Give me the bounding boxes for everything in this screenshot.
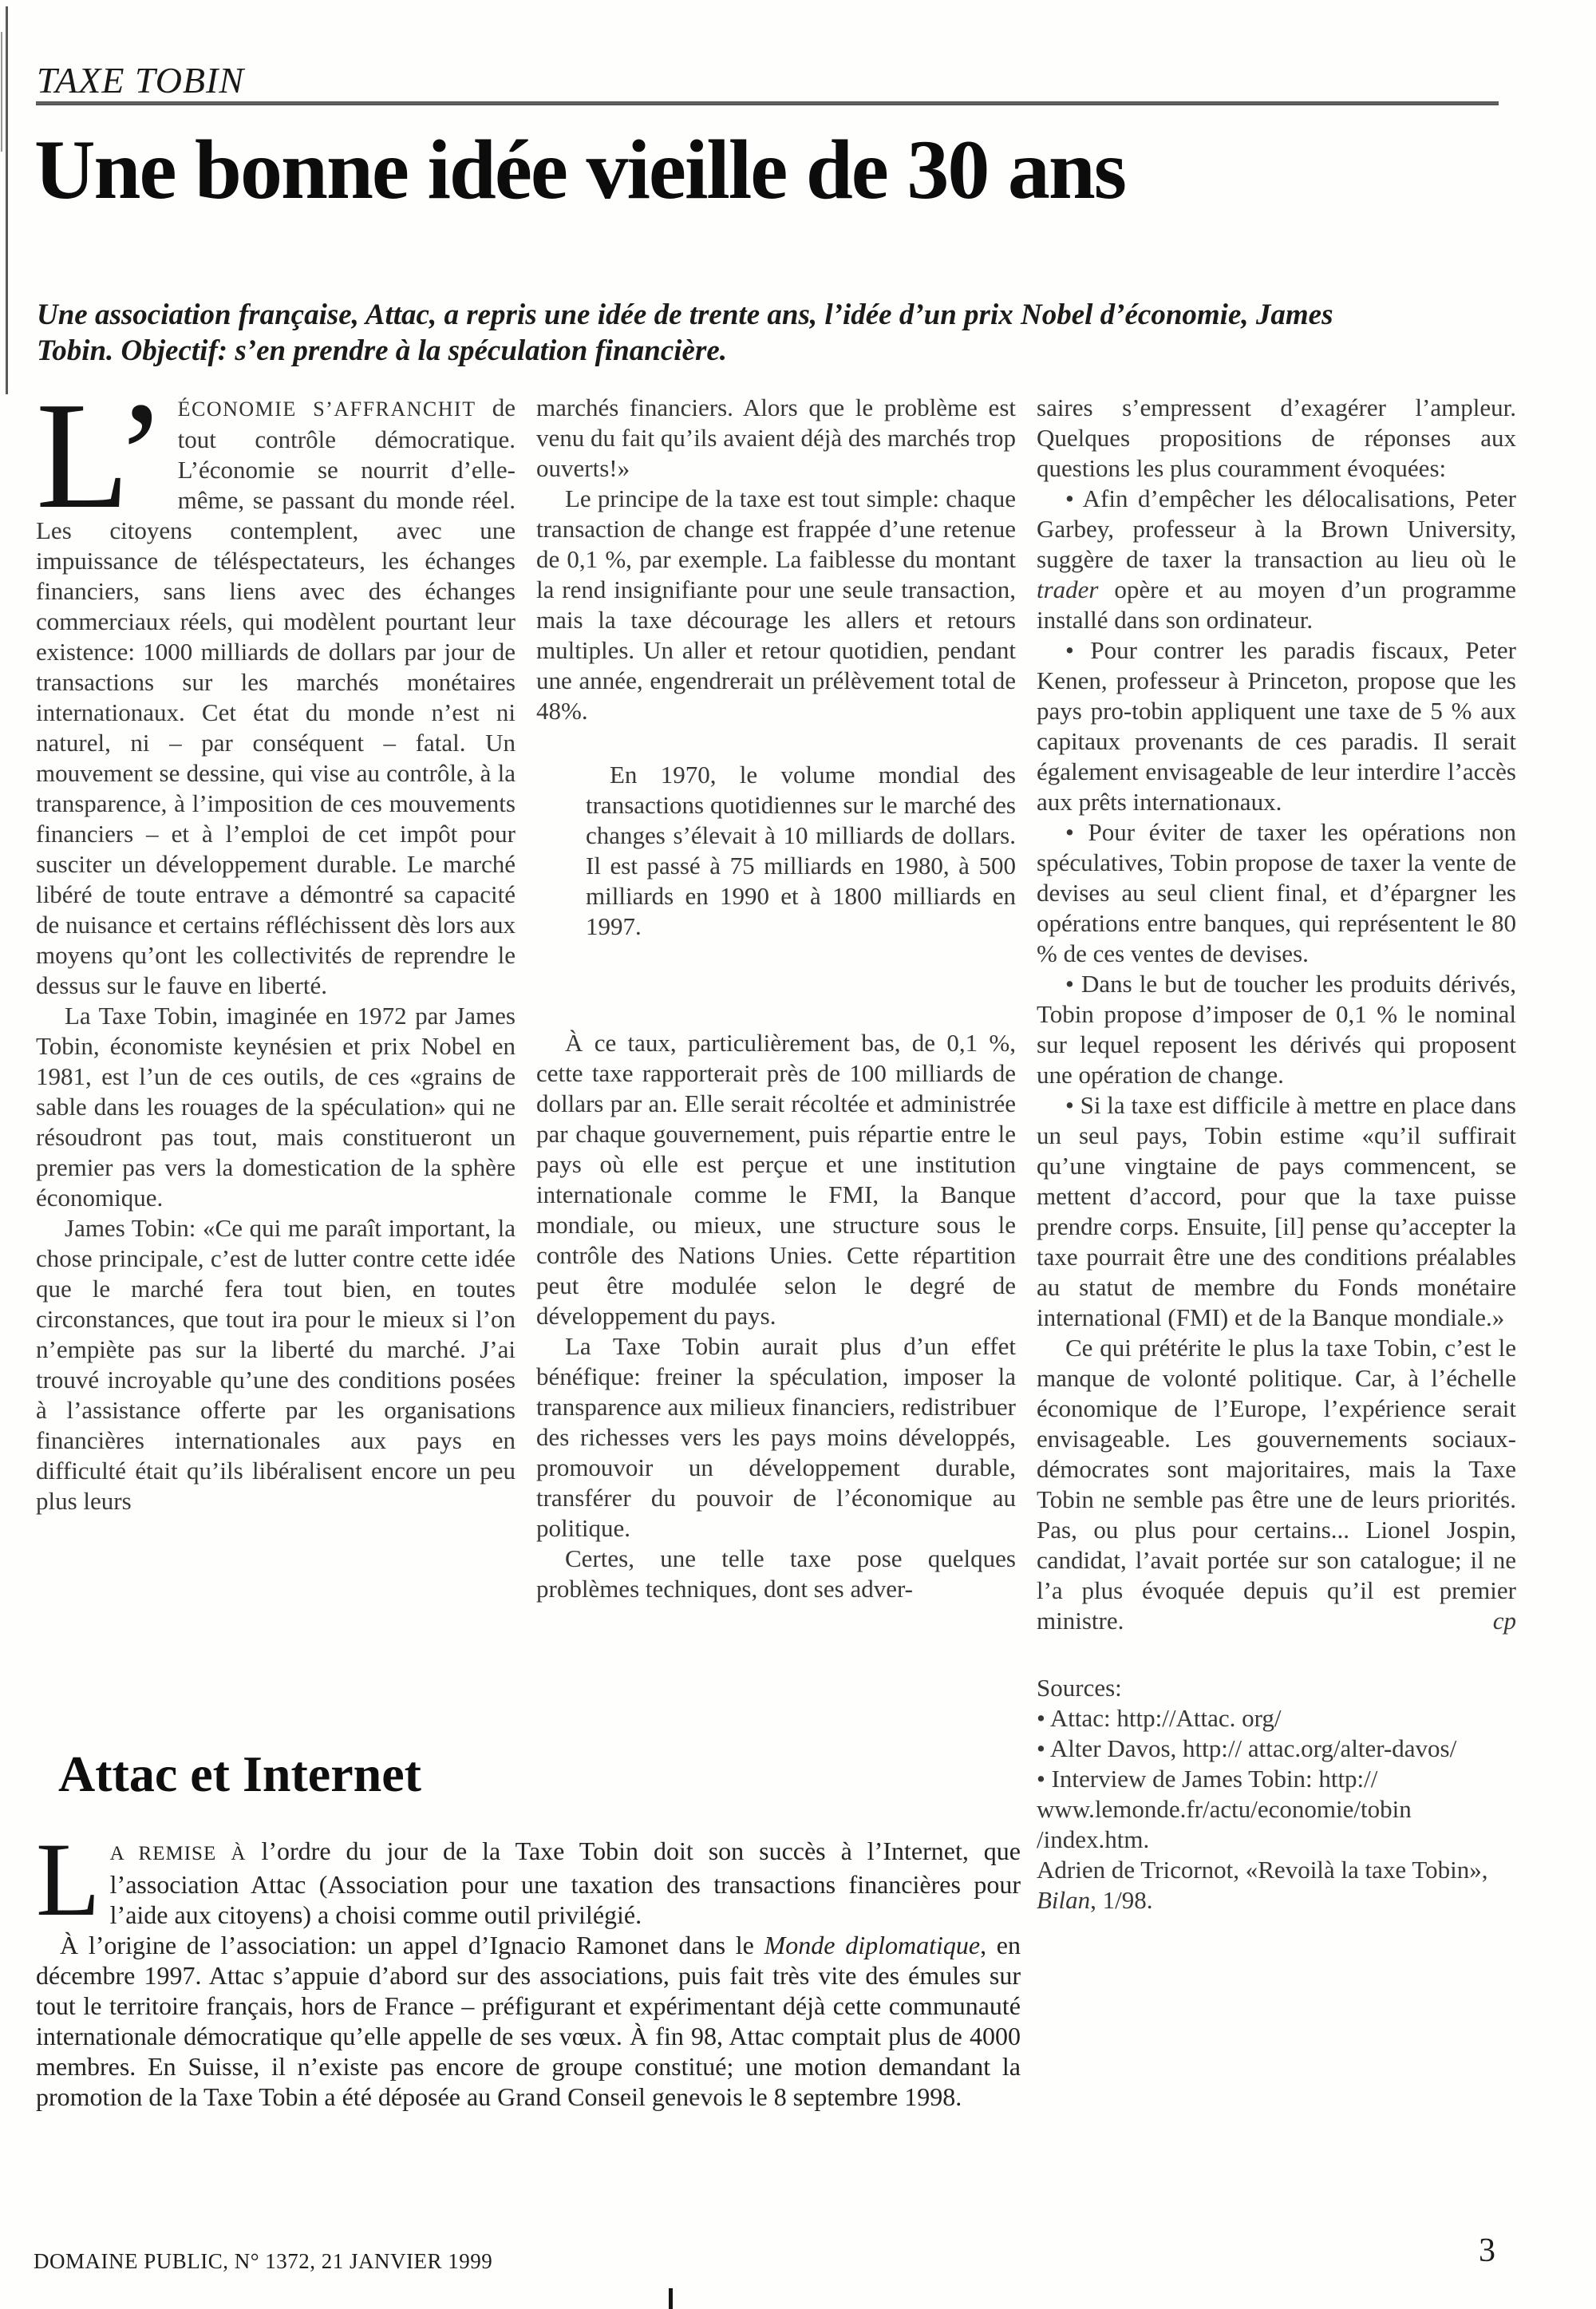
italic-term: trader <box>1037 575 1099 603</box>
paragraph: Certes, une telle taxe pose quelques pro… <box>536 1544 1016 1604</box>
scan-edge-artifact-2 <box>1 32 2 152</box>
source-text: , 1/98. <box>1090 1886 1152 1914</box>
article-title: Une bonne idée vieille de 30 ans <box>34 118 1551 221</box>
box-lead-smallcaps: A REMISE À <box>110 1843 247 1864</box>
dropcap-l: L’ <box>36 393 178 516</box>
lead-smallcaps: ÉCONOMIE S’AFFRANCHIT <box>178 397 476 421</box>
paragraph: Le principe de la taxe est tout simple: … <box>536 484 1016 726</box>
paragraph: À ce taux, particulièrement bas, de 0,1 … <box>536 1028 1016 1331</box>
column-2: marchés financiers. Alors que le problèm… <box>536 393 1016 1604</box>
bullet-item: • Dans le but de toucher les produits dé… <box>1037 969 1516 1090</box>
column-3: saires s’empressent d’exagérer l’ampleur… <box>1037 393 1516 1916</box>
sources-section: Sources: • Attac: http://Attac. org/ • A… <box>1037 1673 1516 1916</box>
box-dropcap-l: L <box>36 1836 110 1920</box>
bullet-item: • Si la taxe est difficile à mettre en p… <box>1037 1090 1516 1333</box>
bullet-text: • Afin d’empêcher les délocalisations, P… <box>1037 484 1516 573</box>
indented-quote-block: En 1970, le volume mondial des transacti… <box>586 760 1016 942</box>
author-initials: cp <box>1448 1606 1516 1636</box>
paragraph: Ce qui prétérite le plus la taxe Tobin, … <box>1037 1333 1516 1636</box>
scan-edge-artifact <box>6 6 8 394</box>
paragraph-text: À l’origine de l’association: un appel d… <box>60 1931 764 1959</box>
italic-publication: Bilan <box>1037 1886 1090 1914</box>
box-paragraph: À l’origine de l’association: un appel d… <box>36 1930 1021 2112</box>
bullet-item: • Pour éviter de taxer les opérations no… <box>1037 817 1516 969</box>
box-heading: Attac et Internet <box>58 1745 1021 1804</box>
paragraph: La Taxe Tobin aurait plus d’un effet bén… <box>536 1331 1016 1544</box>
bullet-item: • Afin d’empêcher les délocalisations, P… <box>1037 484 1516 635</box>
article-body: L’ÉCONOMIE S’AFFRANCHIT de tout contrôle… <box>36 393 1517 1916</box>
paragraph-text: Ce qui prétérite le plus la taxe Tobin, … <box>1037 1334 1516 1635</box>
source-item: • Alter Davos, http:// attac.org/alter-d… <box>1037 1734 1516 1764</box>
box-paragraph-lead: LA REMISE À l’ordre du jour de la Taxe T… <box>36 1836 1021 1930</box>
paragraph-lead: L’ÉCONOMIE S’AFFRANCHIT de tout contrôle… <box>36 393 516 1001</box>
footer-page-number: 3 <box>1479 2232 1495 2270</box>
paragraph: La Taxe Tobin, imaginée en 1972 par Jame… <box>36 1001 516 1213</box>
scan-bottom-artifact <box>669 2288 673 2309</box>
footer-journal-line: DOMAINE PUBLIC, N° 1372, 21 JANVIER 1999 <box>34 2249 492 2274</box>
kicker: TAXE TOBIN <box>37 59 244 101</box>
paragraph-continuation: marchés financiers. Alors que le problèm… <box>536 393 1016 484</box>
paragraph-text: l’ordre du jour de la Taxe Tobin doit so… <box>110 1837 1021 1929</box>
scanned-magazine-page: TAXE TOBIN Une bonne idée vieille de 30 … <box>0 0 1596 2309</box>
sources-label: Sources: <box>1037 1673 1516 1703</box>
source-item: Adrien de Tricornot, «Revoilà la taxe To… <box>1037 1855 1516 1916</box>
source-item: • Interview de James Tobin: http:// www.… <box>1037 1764 1516 1855</box>
standfirst: Une association française, Attac, a repr… <box>37 297 1361 369</box>
paragraph-continuation: saires s’empressent d’exagérer l’ampleur… <box>1037 393 1516 484</box>
source-text: Adrien de Tricornot, «Revoilà la taxe To… <box>1037 1856 1488 1884</box>
column-1: L’ÉCONOMIE S’AFFRANCHIT de tout contrôle… <box>36 393 516 1516</box>
sidebar-box-attac-internet: Attac et Internet LA REMISE À l’ordre du… <box>36 1745 1021 2112</box>
italic-publication: Monde diplomatique <box>764 1931 980 1959</box>
source-item: • Attac: http://Attac. org/ <box>1037 1703 1516 1734</box>
paragraph: James Tobin: «Ce qui me paraît important… <box>36 1213 516 1516</box>
bullet-item: • Pour contrer les paradis fiscaux, Pete… <box>1037 635 1516 817</box>
kicker-rule <box>36 101 1499 105</box>
bullet-text: opère et au moyen d’un programme install… <box>1037 575 1516 634</box>
